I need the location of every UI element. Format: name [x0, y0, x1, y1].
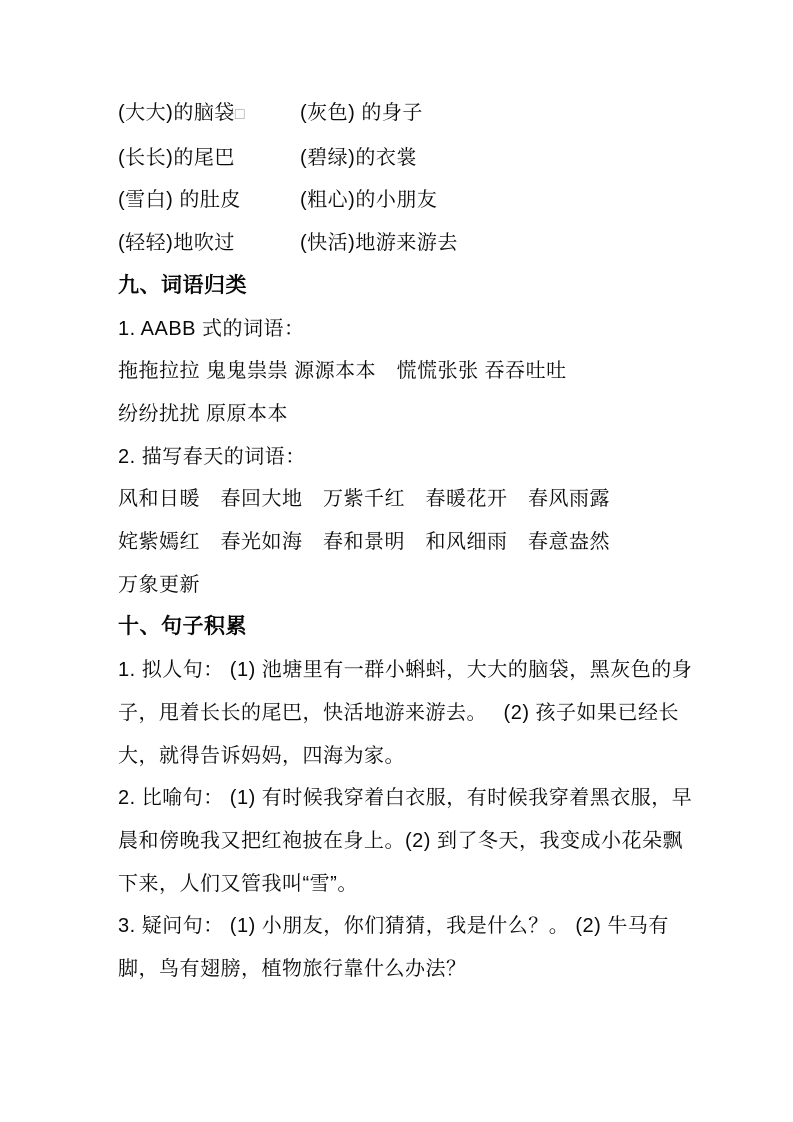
aabb-words-line: 纷纷扰扰 原原本本	[118, 393, 683, 436]
word-pair-row: (大大)的脑袋□ (灰色) 的身子	[118, 92, 683, 137]
spring-words-label: 2. 描写春天的词语：	[118, 436, 683, 479]
word-pair-text: (大大)的脑袋	[118, 102, 235, 124]
word-pair-right: (快活)地游来游去	[300, 222, 683, 265]
word-pair-right: (灰色) 的身子	[300, 92, 683, 137]
missing-glyph-box: □	[235, 106, 245, 123]
word-pair-left: (雪白) 的肚皮	[118, 179, 300, 222]
word-pair-right: (碧绿)的衣裳	[300, 137, 683, 180]
word-pair-left: (长长)的尾巴	[118, 137, 300, 180]
metaphor-sentence-line: 下来，人们又管我叫“雪”。	[118, 863, 683, 906]
word-pair-left: (大大)的脑袋□	[118, 92, 300, 137]
section-ten-heading: 十、句子积累	[118, 606, 683, 649]
spring-words-line: 风和日暖 春回大地 万紫千红 春暖花开 春风雨露	[118, 478, 683, 521]
word-pair-row: (长长)的尾巴 (碧绿)的衣裳	[118, 137, 683, 180]
aabb-words-line: 拖拖拉拉 鬼鬼祟祟 源源本本 慌慌张张 吞吞吐吐	[118, 350, 683, 393]
word-pair-left: (轻轻)地吹过	[118, 222, 300, 265]
personification-sentence-line: 1. 拟人句： (1) 池塘里有一群小蝌蚪，大大的脑袋，黑灰色的身	[118, 649, 683, 692]
word-pair-row: (雪白) 的肚皮 (粗心)的小朋友	[118, 179, 683, 222]
spring-words-line: 万象更新	[118, 564, 683, 607]
question-sentence-line: 3. 疑问句： (1) 小朋友，你们猜猜，我是什么？。 (2) 牛马有	[118, 905, 683, 948]
aabb-words-label: 1. AABB 式的词语：	[118, 308, 683, 351]
personification-sentence-line: 子，甩着长长的尾巴，快活地游来游去。 (2) 孩子如果已经长	[118, 692, 683, 735]
word-pair-row: (轻轻)地吹过 (快活)地游来游去	[118, 222, 683, 265]
metaphor-sentence-line: 2. 比喻句： (1) 有时候我穿着白衣服，有时候我穿着黑衣服，早	[118, 777, 683, 820]
section-nine-heading: 九、词语归类	[118, 265, 683, 308]
spring-words-line: 姹紫嫣红 春光如海 春和景明 和风细雨 春意盎然	[118, 521, 683, 564]
metaphor-sentence-line: 晨和傍晚我又把红袍披在身上。(2) 到了冬天，我变成小花朵飘	[118, 820, 683, 863]
question-sentence-line: 脚，鸟有翅膀，植物旅行靠什么办法？	[118, 948, 683, 991]
word-pair-right: (粗心)的小朋友	[300, 179, 683, 222]
document-page: (大大)的脑袋□ (灰色) 的身子 (长长)的尾巴 (碧绿)的衣裳 (雪白) 的…	[0, 0, 793, 1122]
personification-sentence-line: 大，就得告诉妈妈，四海为家。	[118, 735, 683, 778]
